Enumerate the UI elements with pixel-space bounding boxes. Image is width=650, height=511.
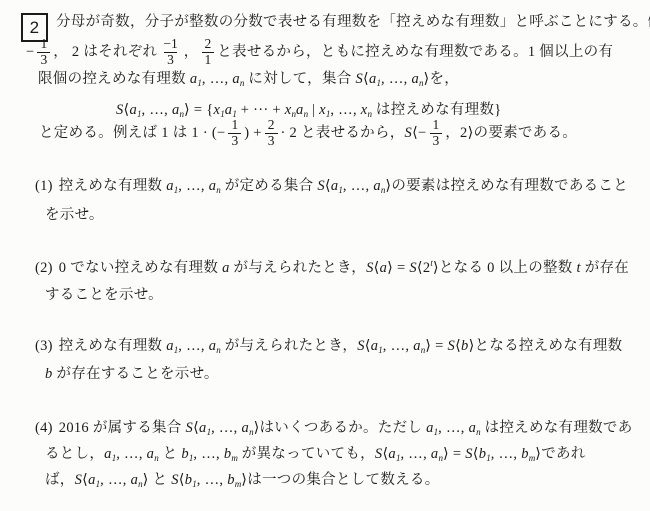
fraction: 13 — [228, 118, 241, 148]
fraction: 21 — [202, 37, 215, 67]
item-1-label: (1) — [35, 177, 53, 196]
item-4-line-2: るとし，a1, …, an と b1, …, bm が異なっていても，S⟨a1,… — [45, 445, 586, 465]
item-3-line-2: b が存在することを示せ。 — [45, 365, 219, 384]
item-3-line-1: (3)控えめな有理数 a1, …, an が与えられたとき，S⟨a1, …, a… — [35, 337, 622, 357]
item-3-label: (3) — [35, 337, 53, 356]
item-4-line-3: ば，S⟨a1, …, an⟩ と S⟨b1, …, bm⟩は一つの集合として数え… — [45, 471, 439, 491]
intro-line-5: と定める。例えば 1 は 1 · (− 13) + 23 · 2 と表せるから，… — [39, 116, 577, 150]
intro-line-1: 分母が奇数，分子が整数の分数で表せる有理数を「控えめな有理数」と呼ぶことにする。… — [56, 13, 650, 32]
item-4-label: (4) — [35, 419, 53, 438]
item-1-line-1: (1)控えめな有理数 a1, …, an が定める集合 S⟨a1, …, an⟩… — [35, 177, 628, 197]
intro-line-2: − 13， 2 はそれぞれ −13， 21 と表せるから，ともに控えめな有理数で… — [26, 35, 613, 69]
intro-line-3: 限個の控えめな有理数 a1, …, an に対して，集合 S⟨a1, …, an… — [38, 70, 459, 90]
item-2-text: 0 でない控えめな有理数 a が与えられたとき，S⟨a⟩ = S⟨2t⟩となる … — [59, 260, 629, 276]
fraction: 23 — [265, 118, 278, 148]
item-2-line-2: することを示せ。 — [45, 286, 163, 305]
fraction: −13 — [160, 37, 180, 67]
exam-page: 2 分母が奇数，分子が整数の分数で表せる有理数を「控えめな有理数」と呼ぶことにす… — [0, 0, 650, 511]
item-1-line-2: を示せ。 — [45, 206, 104, 225]
fraction: 13 — [37, 37, 50, 67]
item-4-text: 2016 が属する集合 S⟨a1, …, an⟩はいくつあるか。ただし a1, … — [59, 420, 633, 436]
item-1-text: 控えめな有理数 a1, …, an が定める集合 S⟨a1, …, an⟩の要素… — [59, 178, 628, 194]
item-3-text: 控えめな有理数 a1, …, an が与えられたとき，S⟨a1, …, an⟩ … — [59, 338, 623, 354]
item-4-line-1: (4)2016 が属する集合 S⟨a1, …, an⟩はいくつあるか。ただし a… — [35, 419, 633, 439]
item-2-line-1: (2)0 でない控えめな有理数 a が与えられたとき，S⟨a⟩ = S⟨2t⟩と… — [35, 258, 629, 278]
item-2-label: (2) — [35, 259, 53, 278]
fraction: 13 — [430, 118, 443, 148]
